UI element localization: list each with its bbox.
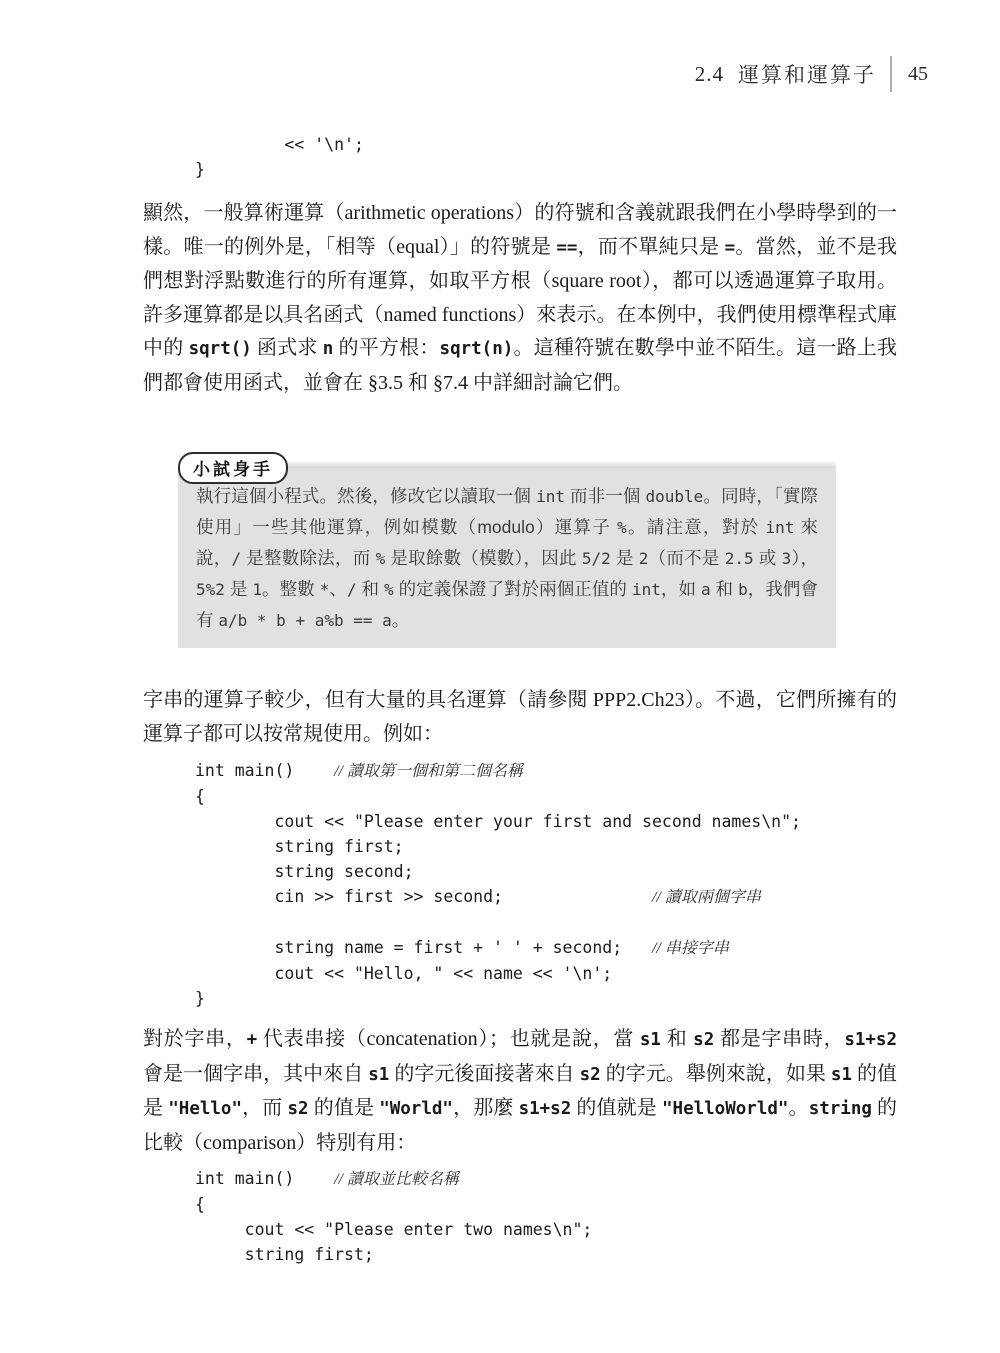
segment-text: 。整數 [262,579,320,599]
segment-code: int [536,487,565,506]
segment-code: sqrt(n) [440,339,514,359]
segment-code: { [195,787,205,806]
segment-code: s2 [693,1030,714,1050]
segment-code: s2 [580,1065,601,1085]
page-header: 2.4 運算和運算子 45 [695,56,928,92]
code-line: string first; [195,1242,592,1267]
segment-code: "HelloWorld" [662,1099,788,1119]
try-this-box: 小試身手 執行這個小程式。然後，修改它以讀取一個 int 而非一個 double… [178,452,836,648]
segment-code: 5%2 [196,580,225,599]
segment-comment: // 讀取第一個和第二個名稱 [334,763,523,780]
code-line: cout << "Please enter your first and sec… [195,809,801,834]
segment-code: s1 [368,1065,389,1085]
segment-code: string first; [195,1245,374,1264]
segment-code: b [738,580,748,599]
segment-code: { [195,1195,205,1214]
segment-code: sqrt() [189,339,252,359]
segment-code: * [320,580,330,599]
code-line: string first; [195,834,801,859]
segment-code: string [809,1099,872,1119]
paragraph-string-operators: 字串的運算子較少，但有大量的具名運算（請參閱 PPP2.Ch23）。不過，它們所… [143,684,897,751]
segment-text: 會是一個字串，其中來自 [143,1063,368,1085]
try-this-content: 執行這個小程式。然後，修改它以讀取一個 int 而非一個 double。同時，「… [178,468,836,648]
section-number: 2.4 [695,62,724,87]
segment-code: 2.5 [725,549,754,568]
segment-code: "World" [379,1099,453,1119]
segment-text: 和 [357,579,384,599]
segment-text: 是整數除法，而 [241,548,375,568]
segment-code: string name = first + ' ' + second; [195,938,652,957]
code-line [195,910,801,935]
segment-code: / [232,549,242,568]
segment-text: 是取餘數（模數），因此 [385,548,582,568]
segment-code: = [725,238,736,258]
segment-text: 的平方根： [333,337,439,359]
segment-text: 代表串接（concatenation）；也就是說，當 [257,1028,640,1050]
segment-text: 執行這個小程式。然後，修改它以讀取一個 [196,486,536,506]
segment-code: s1 [831,1065,852,1085]
segment-code: % [384,580,394,599]
section-title: 運算和運算子 [738,59,876,89]
code-line: string name = first + ' ' + second; // 串… [195,935,801,961]
segment-text: 的值是 [309,1097,380,1119]
segment-text: ，如 [661,579,701,599]
code-line: } [195,157,364,182]
segment-code: + [247,1030,258,1050]
segment-code: int [765,518,794,537]
code-line: int main() // 讀取第一個和第二個名稱 [195,758,801,784]
segment-code: string second; [195,862,414,881]
segment-text: 而非一個 [565,486,646,506]
segment-text: 的值就是 [571,1097,662,1119]
page-number: 45 [908,63,928,86]
code-snippet-top: << '\n'; } [195,132,364,182]
code-line: { [195,784,801,809]
segment-text: （而不是 [648,548,724,568]
segment-code: int main() [195,1169,334,1188]
segment-code: / [347,580,357,599]
segment-comment: // 讀取並比較名稱 [334,1171,459,1188]
segment-comment: // 讀取兩個字串 [652,889,761,906]
segment-text: ）， [791,548,818,568]
segment-text: 是 [225,579,252,599]
segment-code: "Hello" [168,1099,242,1119]
segment-code: cin >> first >> second; [195,887,652,906]
segment-text: 、 [329,579,347,599]
segment-code: % [376,549,386,568]
code-line: { [195,1192,592,1217]
segment-text: 。 [788,1097,808,1119]
code-line: << '\n'; [195,132,364,157]
code-line: string second; [195,859,801,884]
segment-text: 。 [392,610,410,630]
segment-code: << '\n'; [195,135,364,154]
segment-text: 是 [611,548,639,568]
segment-code: int [632,580,661,599]
segment-code: 5/2 [582,549,611,568]
segment-code: n [323,339,334,359]
segment-text: 和 [661,1028,693,1050]
segment-code: 3 [782,549,792,568]
segment-code: % [617,518,627,537]
segment-code: s1 [640,1030,661,1050]
segment-text: 字串的運算子較少，但有大量的具名運算（請參閱 PPP2.Ch23）。不過，它們所… [143,689,897,745]
segment-text: 的字元。舉例來說，如果 [601,1063,831,1085]
segment-text: ，那麼 [453,1097,519,1119]
segment-text: ，而 [242,1097,288,1119]
segment-text: 的定義保證了對於兩個正值的 [394,579,632,599]
segment-text: 。請注意，對於 [627,517,766,537]
code-line: cout << "Hello, " << name << '\n'; [195,961,801,986]
segment-comment: // 串接字串 [652,940,729,957]
code-line: } [195,986,801,1011]
segment-text: 的字元後面接著來自 [389,1063,579,1085]
segment-text: 和 [711,579,738,599]
segment-text: 都是字串時， [714,1028,844,1050]
segment-code: a/b * b + a%b == a [218,611,391,630]
book-page: 2.4 運算和運算子 45 << '\n'; } 顯然，一般算術運算（arith… [0,0,1000,1353]
segment-code: s2 [288,1099,309,1119]
paragraph-arithmetic-operations: 顯然，一般算術運算（arithmetic operations）的符號和含義就跟… [143,197,897,400]
code-line: cout << "Please enter two names\n"; [195,1217,592,1242]
try-this-label: 小試身手 [178,452,288,484]
header-divider [890,56,892,92]
segment-code: s1+s2 [519,1099,572,1119]
segment-code: int main() [195,761,334,780]
segment-code: 2 [639,549,649,568]
segment-code: } [195,160,205,179]
segment-code: } [195,989,205,1008]
segment-text: 對於字串， [143,1028,247,1050]
segment-code: == [556,238,577,258]
segment-code: cout << "Hello, " << name << '\n'; [195,964,612,983]
segment-text: 或 [754,548,782,568]
segment-code: cout << "Please enter two names\n"; [195,1220,592,1239]
segment-code: double [646,487,704,506]
code-block-compare-names: int main() // 讀取並比較名稱 { cout << "Please … [195,1166,592,1267]
segment-code: 1 [252,580,262,599]
paragraph-concatenation: 對於字串，+ 代表串接（concatenation）；也就是說，當 s1 和 s… [143,1023,897,1160]
code-line: int main() // 讀取並比較名稱 [195,1166,592,1192]
segment-code: a [701,580,711,599]
segment-code: s1+s2 [844,1030,897,1050]
segment-text: ，而不單純只是 [577,236,724,258]
code-line: cin >> first >> second; // 讀取兩個字串 [195,884,801,910]
segment-code: string first; [195,837,404,856]
segment-code: cout << "Please enter your first and sec… [195,812,801,831]
code-block-read-names: int main() // 讀取第一個和第二個名稱 { cout << "Ple… [195,758,801,1011]
segment-text: 函式求 [252,337,323,359]
